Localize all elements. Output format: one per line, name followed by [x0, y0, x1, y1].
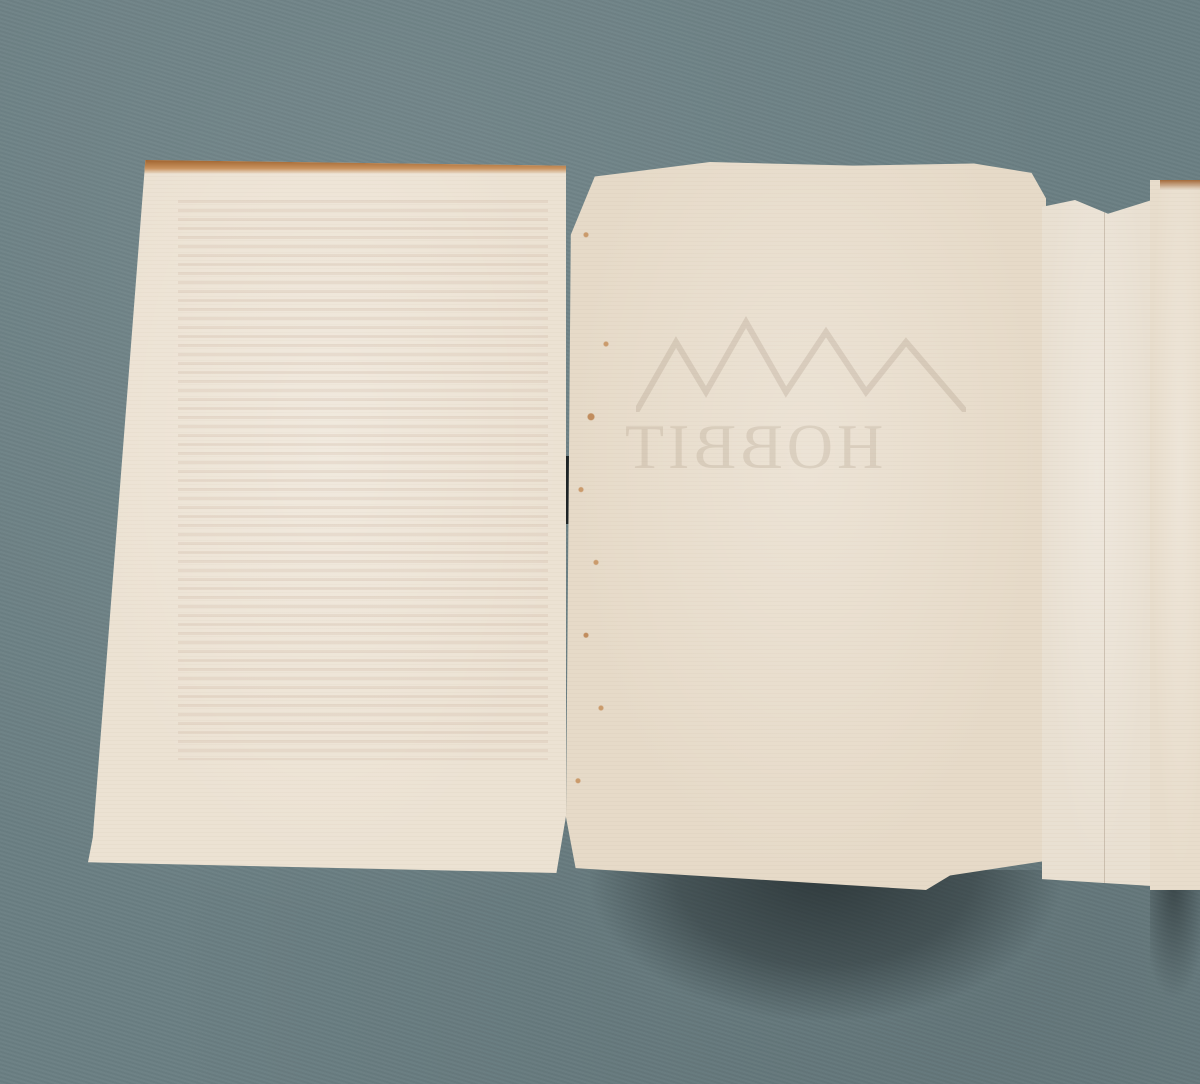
- foxing-stain-top-right: [1160, 180, 1200, 190]
- foxing-spots: [566, 162, 666, 890]
- dust-jacket-left-flap: [88, 160, 566, 873]
- paper-shadow-right: [1150, 880, 1200, 1000]
- dust-jacket-back-panel: HOBBIT: [566, 162, 1046, 890]
- fold-line: [1104, 200, 1105, 886]
- dust-jacket-front-panel: [1150, 180, 1200, 890]
- paper-shadow: [590, 870, 1060, 1020]
- mountains-bleed-icon: [636, 302, 966, 412]
- dust-jacket-spine: [1042, 200, 1152, 886]
- bleed-through-title: HOBBIT: [621, 410, 883, 484]
- bleed-through-text-block: [178, 200, 548, 760]
